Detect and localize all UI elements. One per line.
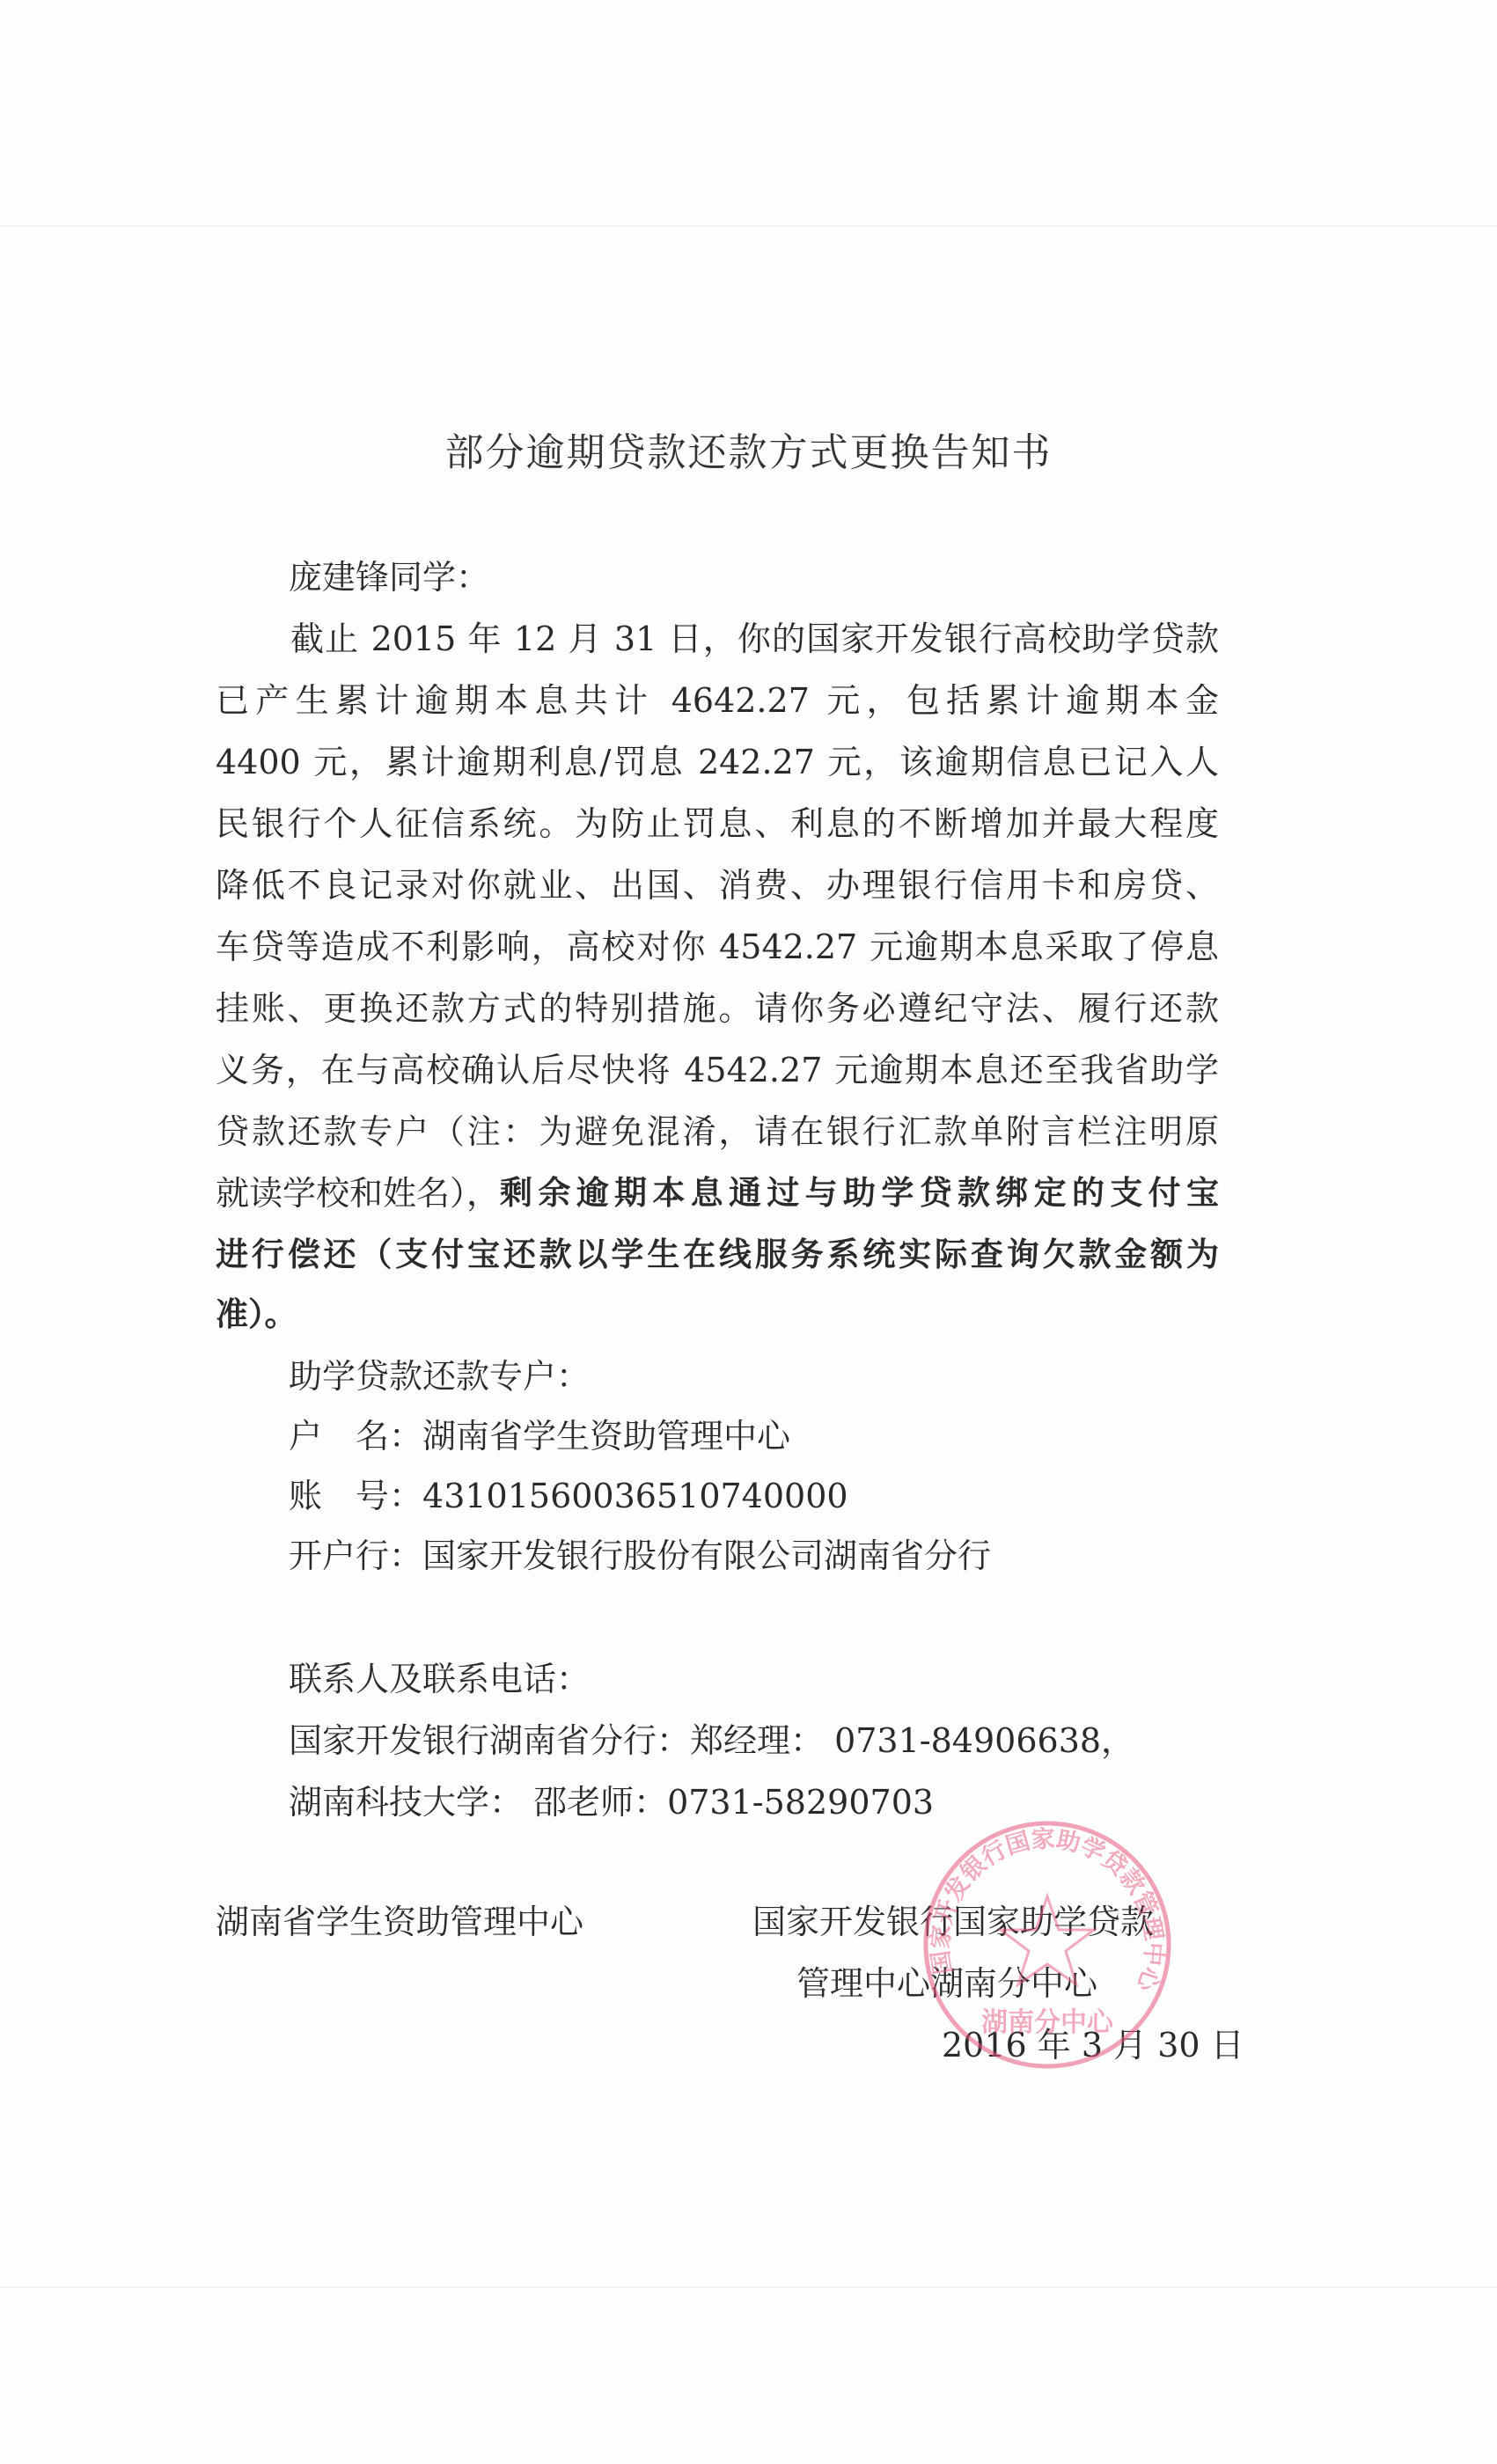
account-bank-value: 国家开发银行股份有限公司湖南省分行	[422, 1536, 991, 1575]
document-title: 部分逾期贷款还款方式更换告知书	[0, 421, 1497, 477]
body-line: 义务，在与高校确认后尽快将 4542.27 元逾期本息还至我省助学	[216, 1049, 1219, 1091]
body-line: 降低不良记录对你就业、出国、消费、办理银行信用卡和房贷、	[216, 864, 1219, 906]
body-line: 已产生累计逾期本息共计 4642.27 元，包括累计逾期本金	[216, 679, 1219, 722]
account-heading: 助学贷款还款专户：	[289, 1355, 590, 1397]
contacts-heading: 联系人及联系电话：	[289, 1658, 590, 1700]
body-line: 4400 元，累计逾期利息/罚息 242.27 元，该逾期信息已记入人	[216, 741, 1219, 783]
account-number-value: 43101560036510740000	[422, 1477, 848, 1515]
body-line: 民银行个人征信系统。为防止罚息、利息的不断增加并最大程度	[216, 803, 1219, 845]
signature-date: 2016 年 3 月 30 日	[942, 2024, 1244, 2066]
body-line: 贷款还款专户（注：为避免混淆，请在银行汇款单附言栏注明原	[216, 1111, 1219, 1153]
body-line: 截止 2015 年 12 月 31 日，你的国家开发银行高校助学贷款	[290, 618, 1219, 660]
account-name-row: 户 名：湖南省学生资助管理中心	[289, 1415, 790, 1457]
body-line-bold: 准）。	[216, 1294, 297, 1336]
account-name-label: 户 名：	[289, 1417, 422, 1456]
body-line: 挂账、更换还款方式的特别措施。请你务必遵纪守法、履行还款	[216, 987, 1219, 1030]
contact-item: 湖南科技大学： 邵老师：0731-58290703	[289, 1781, 934, 1823]
account-number-row: 账 号：43101560036510740000	[289, 1475, 848, 1517]
signature-right-line1: 国家开发银行国家助学贷款	[752, 1901, 1154, 1943]
account-number-label: 账 号：	[289, 1477, 422, 1515]
account-name-value: 湖南省学生资助管理中心	[422, 1417, 790, 1456]
body-text-normal: 就读学校和姓名），	[216, 1172, 500, 1214]
signature-right-line2: 管理中心湖南分中心	[796, 1962, 1097, 2005]
scan-fold-line	[0, 2286, 1497, 2288]
body-line: 车贷等造成不利影响，高校对你 4542.27 元逾期本息采取了停息	[216, 926, 1219, 968]
body-text-bold: 剩余逾期本息通过与助学贷款绑定的支付宝	[500, 1172, 1219, 1214]
signature-left: 湖南省学生资助管理中心	[216, 1901, 583, 1943]
account-bank-row: 开户行：国家开发银行股份有限公司湖南省分行	[289, 1535, 991, 1577]
account-bank-label: 开户行：	[289, 1536, 422, 1575]
body-line-mixed: 就读学校和姓名）， 剩余逾期本息通过与助学贷款绑定的支付宝	[216, 1172, 1219, 1214]
salutation: 庞建锋同学：	[289, 556, 489, 598]
scan-fold-line	[0, 225, 1497, 227]
contact-item: 国家开发银行湖南省分行：郑经理： 0731-84906638，	[289, 1720, 1134, 1762]
document-page: 部分逾期贷款还款方式更换告知书 庞建锋同学： 截止 2015 年 12 月 31…	[0, 0, 1497, 2464]
body-line-bold: 进行偿还（支付宝还款以学生在线服务系统实际查询欠款金额为	[216, 1234, 1219, 1276]
